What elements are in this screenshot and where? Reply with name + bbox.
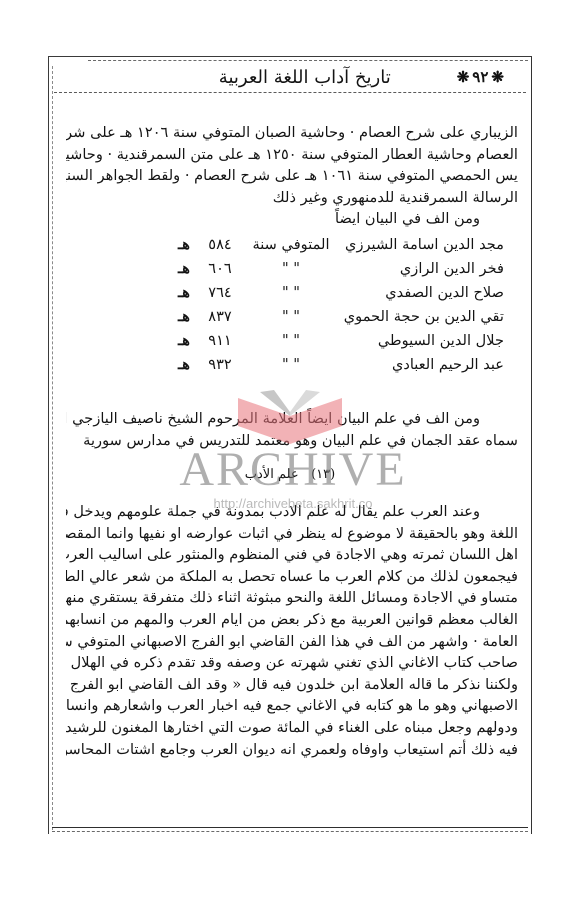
text-line: الاصبهاني وهو ما هو كتابه في الاغاني جمع… [66,695,518,717]
bottom-rule-secondary [52,831,528,832]
text-line: العامة · واشهر من الف في هذا الفن القاضي… [66,631,518,653]
text-line: يس الحمصي المتوفي سنة ١٠٦١ هـ على شرح ال… [66,165,518,187]
author-row: عبد الرحيم العبادي " " ٩٣٢ هـ [118,352,504,376]
ornament-right-icon: ❋ [491,70,504,85]
author-era: هـ [174,356,194,373]
author-row: مجد الدين اسامة الشيرزي المتوفي سنة ٥٨٤ … [118,232,504,256]
author-name: فخر الدين الرازي [336,260,504,277]
header-underline-rule [54,92,526,93]
author-died-label: " " [246,260,336,277]
author-year: ٨٣٧ [194,308,246,325]
author-name: جلال الدين السيوطي [336,332,504,349]
authors-list: مجد الدين اسامة الشيرزي المتوفي سنة ٥٨٤ … [118,232,504,376]
page-number: ٩٢ [472,68,488,86]
author-year: ٩١١ [194,332,246,349]
section-number: (١٣) [311,467,335,482]
author-year: ٥٨٤ [194,236,246,253]
author-row: تقي الدين بن حجة الحموي " " ٨٣٧ هـ [118,304,504,328]
author-name: تقي الدين بن حجة الحموي [336,308,504,325]
author-era: هـ [174,332,194,349]
bottom-rule [52,827,528,828]
author-died-label: " " [246,332,336,349]
text-line: فيه ذلك أتم استيعاب واوفاه ولعمري انه دي… [66,739,518,761]
text-line: صاحب كتاب الاغاني الذي تغني شهرته عن وصف… [66,652,518,674]
left-border-inner [52,66,53,830]
page-number-group: ❋ ٩٢ ❋ [457,68,504,86]
yaziji-paragraph: ومن الف في علم البيان ايضاً العلامة المر… [66,408,518,451]
right-border [531,56,532,834]
author-died-label: " " [246,308,336,325]
section-title: علم الأدب [245,467,299,482]
running-head: ❋ ٩٢ ❋ تاريخ آداب اللغة العربية [108,64,512,90]
author-era: هـ [174,284,194,301]
text-line: وعند العرب علم يقال له علم الادب بمدونة … [66,501,518,523]
text-line: الزيباري على شرح العصام · وحاشية الصبان … [66,122,518,144]
author-era: هـ [174,260,194,277]
author-died-label: المتوفي سنة [246,236,336,253]
author-name: مجد الدين اسامة الشيرزي [336,236,504,253]
section-heading: (١٣) علم الأدب [48,467,532,482]
text-line: ولكننا نذكر ما قاله العلامة ابن خلدون في… [66,674,518,696]
bayan-intro-line: ومن الف في البيان ايضاً [66,208,518,230]
page-frame: ❋ ٩٢ ❋ تاريخ آداب اللغة العربية الزيباري… [48,56,532,834]
author-died-label: " " [246,356,336,373]
text-line: فيجمعون لذلك من كلام العرب ما عساه تحصل … [66,566,518,588]
author-year: ٧٦٤ [194,284,246,301]
top-rule-secondary [88,60,528,61]
left-border-outer [48,56,49,834]
author-name: صلاح الدين الصفدي [336,284,504,301]
adab-paragraph: وعند العرب علم يقال له علم الادب بمدونة … [66,501,518,760]
running-title: تاريخ آداب اللغة العربية [219,67,391,88]
text-line: سماه عقد الجمان في علم البيان وهو معتمد … [66,430,518,452]
author-row: جلال الدين السيوطي " " ٩١١ هـ [118,328,504,352]
text-line: ودولهم وجعل مبناه على الغناء في المائة ص… [66,717,518,739]
text-line: متساو في الاجادة ومسائل اللغة والنحو مبث… [66,587,518,609]
text-line: اهل اللسان ثمرته وهي الاجادة في فني المن… [66,544,518,566]
text-line: الغالب معظم قوانين العربية مع ذكر بعض من… [66,609,518,631]
author-name: عبد الرحيم العبادي [336,356,504,373]
text-line: ومن الف في علم البيان ايضاً العلامة المر… [66,408,518,430]
author-year: ٦٠٦ [194,260,246,277]
ornament-left-icon: ❋ [457,70,470,85]
author-died-label: " " [246,284,336,301]
top-rule [48,56,532,57]
text-line: العصام وحاشية العطار المتوفي سنة ١٢٥٠ هـ… [66,144,518,166]
text-line: اللغة وهو بالحقيقة لا موضوع له ينظر في ا… [66,523,518,545]
author-row: صلاح الدين الصفدي " " ٧٦٤ هـ [118,280,504,304]
author-year: ٩٣٢ [194,356,246,373]
text-line: الرسالة السمرقندية للدمنهوري وغير ذلك [66,187,518,209]
author-row: فخر الدين الرازي " " ٦٠٦ هـ [118,256,504,280]
author-era: هـ [174,236,194,253]
author-era: هـ [174,308,194,325]
opening-paragraph: الزيباري على شرح العصام · وحاشية الصبان … [66,122,518,230]
